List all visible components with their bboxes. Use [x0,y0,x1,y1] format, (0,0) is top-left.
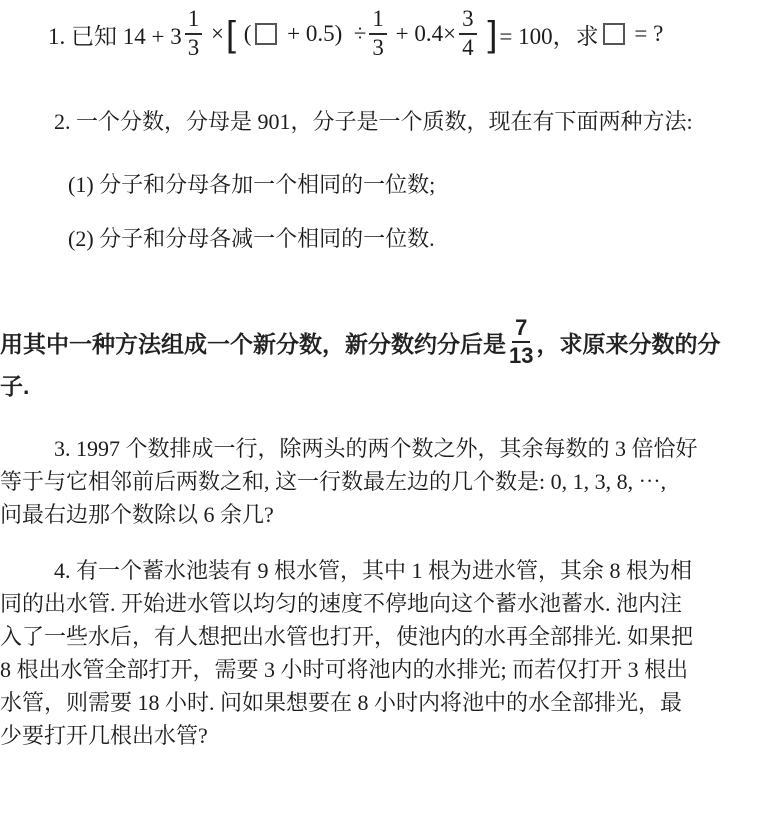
formula-text: × [205,21,224,47]
formula-text: = 100，求 [499,18,598,51]
conclusion-text: ，求原来分数的分 [536,326,720,359]
formula-text: = ? [629,21,664,47]
fraction-three-quarters: 3 4 [459,7,477,61]
problem-4-line-6: 少要打开几根出水管? [0,719,782,752]
problem-4: 4. 有一个蓄水池装有 9 根水管，其中 1 根为进水管，其余 8 根为相 同的… [0,554,782,752]
problem-4-line-2: 同的出水管. 开始进水管以均匀的速度不停地向这个蓄水池蓄水. 池内注 [0,587,782,620]
formula-text: + 0.4× [390,21,456,47]
problem-1-formula: 1. 已知 14 + 3 1 3 × [ ( + 0.5) ÷ 1 3 + 0.… [48,5,782,63]
division-sign: ÷ [354,21,367,47]
fraction-seven-thirteenths: 7 13 [509,316,533,368]
problem-2-method-2: (2) 分子和分母各减一个相同的一位数. [68,225,782,253]
close-bracket: ] [485,16,499,52]
problem-4-line-5: 水管，则需要 18 小时. 问如果想要在 8 小时内将池中的水全部排光，最 [0,686,782,719]
formula-text: 1. 已知 14 + 3 [48,18,182,51]
fraction-numerator: 7 [512,316,530,343]
conclusion-text: 用其中一种方法组成一个新分数，新分数约分后是 [0,326,506,359]
formula-text: + 0.5) [281,21,353,47]
problem-2-intro: 2. 一个分数，分母是 901，分子是一个质数，现在有下面两种方法: [54,107,782,137]
problem-3-line-3: 问最右边那个数除以 6 余几? [0,498,782,531]
formula-text: ( [238,21,251,47]
unknown-box-placeholder [603,23,625,45]
open-bracket: [ [224,16,238,52]
fraction-one-third: 1 3 [369,7,387,61]
problem-3: 3. 1997 个数排成一行，除两头的两个数之外，其余每数的 3 倍恰好 等于与… [0,432,782,531]
problem-4-line-3: 入了一些水后，有人想把出水管也打开，使池内的水再全部排光. 如果把 [0,620,782,653]
fraction-denominator: 3 [188,35,200,61]
conclusion-line-2: 子. [0,371,782,401]
worksheet-page: 1. 已知 14 + 3 1 3 × [ ( + 0.5) ÷ 1 3 + 0.… [0,0,782,830]
problem-2-conclusion: 用其中一种方法组成一个新分数，新分数约分后是 7 13 ，求原来分数的分 子. [0,313,782,401]
fraction-numerator: 1 [185,7,203,35]
problem-4-line-4: 8 根出水管全部打开，需要 3 小时可将池内的水排光; 而若仅打开 3 根出 [0,653,782,686]
fraction-numerator: 1 [369,7,387,35]
fraction-denominator: 4 [462,35,474,61]
unknown-box-placeholder [255,23,277,45]
fraction-one-third: 1 3 [185,7,203,61]
problem-3-line-2: 等于与它相邻前后两数之和, 这一行数最左边的几个数是: 0, 1, 3, 8, … [0,465,782,498]
conclusion-line-1: 用其中一种方法组成一个新分数，新分数约分后是 7 13 ，求原来分数的分 [0,313,782,371]
fraction-denominator: 3 [372,35,384,61]
problem-4-line-1: 4. 有一个蓄水池装有 9 根水管，其中 1 根为进水管，其余 8 根为相 [0,554,782,587]
problem-3-line-1: 3. 1997 个数排成一行，除两头的两个数之外，其余每数的 3 倍恰好 [0,432,782,465]
fraction-numerator: 3 [459,7,477,35]
problem-2-method-1: (1) 分子和分母各加一个相同的一位数; [68,171,782,199]
fraction-denominator: 13 [509,343,533,368]
